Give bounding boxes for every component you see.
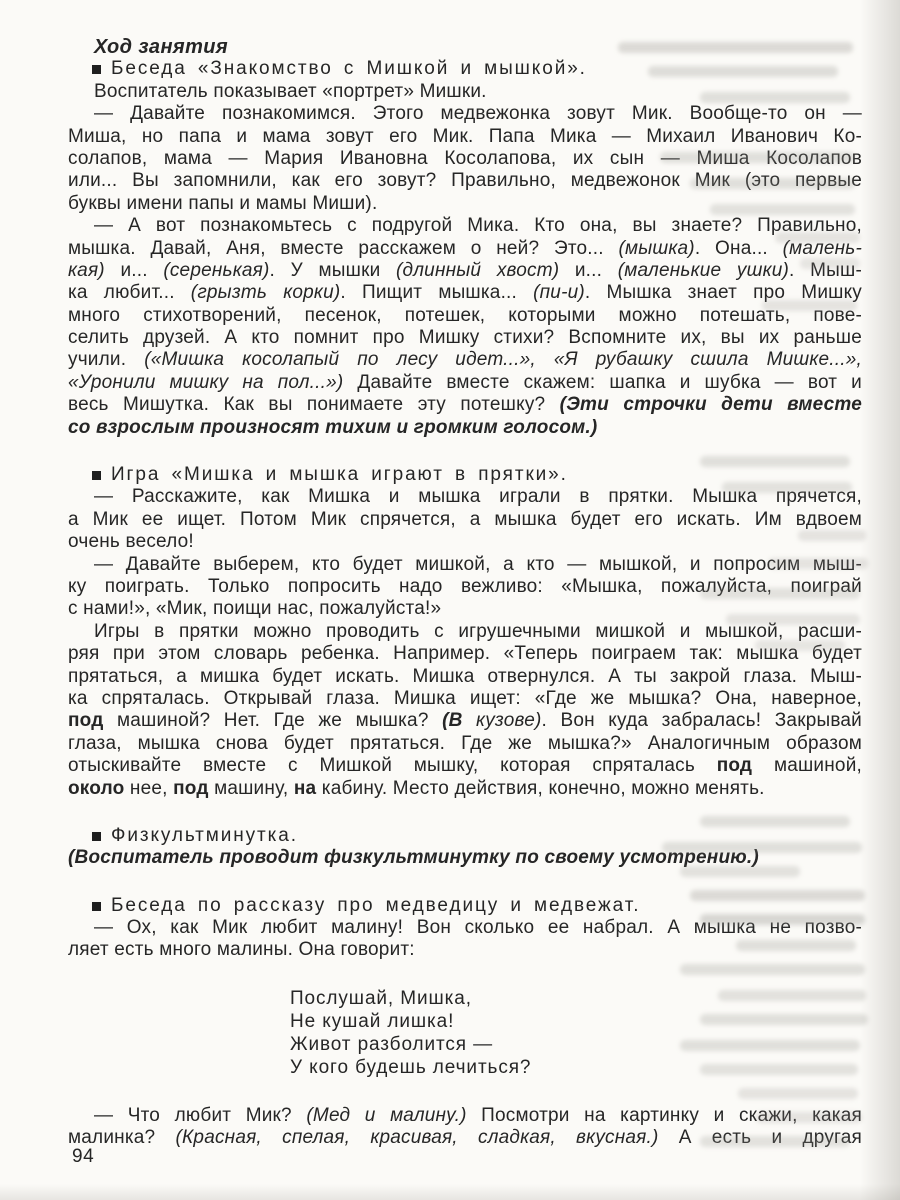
activity-title-text: Беседа по рассказу про медведицу и медве… — [111, 895, 640, 916]
paragraph: (Воспитатель проводит физкультминутку по… — [68, 847, 862, 869]
bold-italic-text: (Эти строчки дети вместе — [560, 394, 862, 415]
bold-italic-text: со взрослым произносят тихим и громким г… — [68, 417, 597, 438]
bold-italic-text: (Воспитатель проводит физкультминутку по… — [68, 847, 759, 868]
italic-text: (пи-и) — [533, 282, 585, 303]
text-line: ряя при этом словарь ребенка. Например. … — [68, 643, 862, 665]
bold-text: около — [68, 778, 124, 799]
lesson-stage-heading: Ход занятия — [68, 36, 862, 58]
italic-text: (длинный хвост) — [396, 260, 559, 281]
activity-title: Физкультминутка. — [68, 825, 862, 847]
bold-text: под — [717, 755, 753, 776]
text-line: Игры в прятки можно проводить с игрушечн… — [68, 621, 862, 643]
bullet-square-icon — [92, 471, 101, 480]
activity-title-text: Игра «Мишка и мышка играют в прятки». — [111, 464, 568, 485]
paragraph: — Что любит Мик? (Мед и малину.) Посмотр… — [68, 1105, 862, 1150]
text-line: — А вот познакомьтесь с подругой Мика. К… — [68, 215, 862, 237]
text-line: или... Вы запомнили, как его зовут? Прав… — [68, 170, 862, 192]
text-line: Воспитатель показывает «портрет» Мишки. — [68, 81, 862, 103]
text-line: много стихотворений, песенок, потешек, к… — [68, 305, 862, 327]
text-line: ка спряталась. Открывай глаза. Мишка ище… — [68, 688, 862, 710]
text-line: учили. («Мишка косолапый по лесу идет...… — [68, 349, 862, 371]
text-line: — Расскажите, как Мишка и мышка играли в… — [68, 486, 862, 508]
text-line: очень весело! — [68, 531, 862, 553]
italic-text: (маленькие ушки) — [618, 260, 789, 281]
paragraph: Воспитатель показывает «портрет» Мишки. — [68, 81, 862, 103]
text-line: селить друзей. А кто помнит про Мишку ст… — [68, 327, 862, 349]
italic-text: кузове) — [476, 710, 541, 731]
text-line: мышка. Давай, Аня, вместе расскажем о не… — [68, 238, 862, 260]
text-line: отыскивайте вместе с Мишкой мышку, котор… — [68, 755, 862, 777]
activity-title: Беседа по рассказу про медведицу и медве… — [68, 895, 862, 917]
text-line: солапов, мама — Мария Ивановна Косолапов… — [68, 148, 862, 170]
text-line: — Давайте выберем, кто будет мишкой, а к… — [68, 554, 862, 576]
page-content: Ход занятияБеседа «Знакомство с Мишкой и… — [68, 36, 862, 1149]
bold-text: под — [68, 710, 104, 731]
italic-text: «Уронили мишку на пол...») — [68, 372, 343, 393]
paragraph: Игры в прятки можно проводить с игрушечн… — [68, 621, 862, 800]
paragraph: — Давайте выберем, кто будет мишкой, а к… — [68, 554, 862, 621]
poem-line: Не кушай лишка! — [290, 1010, 862, 1033]
text-line: буквы имени папы и мамы Миши). — [68, 193, 862, 215]
italic-text: (мышка) — [618, 238, 694, 259]
paragraph: — Давайте познакомимся. Этого медвежонка… — [68, 103, 862, 215]
page-bottom-shadow — [0, 1184, 900, 1200]
italic-text: (грызть корки) — [191, 282, 341, 303]
text-line: малинка? (Красная, спелая, красивая, сла… — [68, 1127, 862, 1149]
text-line: со взрослым произносят тихим и громким г… — [68, 417, 862, 439]
text-line: глаза, мышка снова будет прятаться. Где … — [68, 733, 862, 755]
text-line: — Ох, как Мик любит малину! Вон сколько … — [68, 917, 862, 939]
text-line: под машиной? Нет. Где же мышка? (В кузов… — [68, 710, 862, 732]
poem-line: Живот разболится — — [290, 1033, 862, 1056]
text-line: ка любит... (грызть корки). Пищит мышка.… — [68, 282, 862, 304]
text-line: (Воспитатель проводит физкультминутку по… — [68, 847, 862, 869]
bold-text: на — [294, 778, 316, 799]
poem-line: Послушай, Мишка, — [290, 987, 862, 1010]
text-line: «Уронили мишку на пол...») Давайте вмест… — [68, 372, 862, 394]
paragraph: — А вот познакомьтесь с подругой Мика. К… — [68, 215, 862, 439]
text-line: весь Мишутка. Как вы понимаете эту потеш… — [68, 394, 862, 416]
bold-italic-text: (В — [442, 710, 462, 731]
paragraph: — Ох, как Мик любит малину! Вон сколько … — [68, 917, 862, 962]
text-line: ляет есть много малины. Она говорит: — [68, 939, 862, 961]
text-line: — Давайте познакомимся. Этого медвежонка… — [68, 103, 862, 125]
text-line: с нами!», «Мик, поищи нас, пожалуйста!» — [68, 598, 862, 620]
text-line: прятаться, а мишка будет искать. Мишка о… — [68, 666, 862, 688]
bullet-square-icon — [92, 832, 101, 841]
book-page-scan: Ход занятияБеседа «Знакомство с Мишкой и… — [0, 0, 900, 1200]
text-line: кая) и... (серенькая). У мышки (длинный … — [68, 260, 862, 282]
activity-title-text: Беседа «Знакомство с Мишкой и мышкой». — [111, 58, 587, 79]
bullet-square-icon — [92, 65, 101, 74]
paragraph: — Расскажите, как Мишка и мышка играли в… — [68, 486, 862, 553]
text-line: около нее, под машину, на кабину. Место … — [68, 778, 862, 800]
text-line: Миша, но папа и мама зовут его Мик. Папа… — [68, 126, 862, 148]
page-edge-shadow — [860, 0, 900, 1200]
activity-title: Игра «Мишка и мышка играют в прятки». — [68, 464, 862, 486]
page-number: 94 — [72, 1146, 94, 1168]
bold-text: под — [173, 778, 209, 799]
italic-text: (Мед и малину.) — [306, 1105, 466, 1126]
activity-title-text: Физкультминутка. — [111, 825, 298, 846]
poem: Послушай, Мишка,Не кушай лишка!Живот раз… — [290, 987, 862, 1080]
italic-text: (малень- — [783, 238, 862, 259]
activity-title: Беседа «Знакомство с Мишкой и мышкой». — [68, 58, 862, 80]
bullet-square-icon — [92, 902, 101, 911]
text-line: — Что любит Мик? (Мед и малину.) Посмотр… — [68, 1105, 862, 1127]
italic-text: (Красная, спелая, красивая, сладкая, вку… — [176, 1127, 659, 1148]
italic-text: (серенькая) — [163, 260, 269, 281]
poem-line: У кого будешь лечиться? — [290, 1056, 862, 1079]
text-line: а Мик ее ищет. Потом Мик спрячется, а мы… — [68, 509, 862, 531]
italic-text: («Мишка косолапый по лесу идет...», «Я р… — [144, 349, 862, 370]
italic-text: кая) — [68, 260, 105, 281]
text-line: ку поиграть. Только попросить надо вежли… — [68, 576, 862, 598]
